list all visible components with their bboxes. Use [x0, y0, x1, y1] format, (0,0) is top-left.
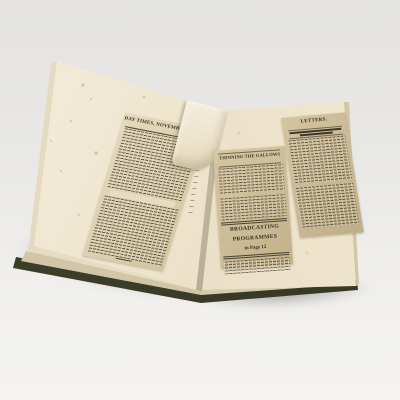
- letters-paragraph-1: [288, 135, 353, 184]
- newsprint-paragraph-2: [219, 194, 286, 221]
- column-clipping: THINNING THE GALLOWS BROADCASTING PROGRA…: [213, 146, 293, 269]
- photo-stage: DAY TIMES, NOVEMBER 18, 19.. THINNING TH…: [0, 0, 400, 400]
- letters-header: LETTERS.: [300, 116, 327, 124]
- newsprint-paragraph-1: [217, 164, 285, 195]
- notice-line-3: in Page 12: [245, 243, 267, 250]
- foxing-spots: [0, 0, 2, 2]
- letters-paragraph-2: [295, 183, 359, 230]
- broadcast-notice-box: BROADCASTING PROGRAMMES in Page 12: [220, 218, 290, 260]
